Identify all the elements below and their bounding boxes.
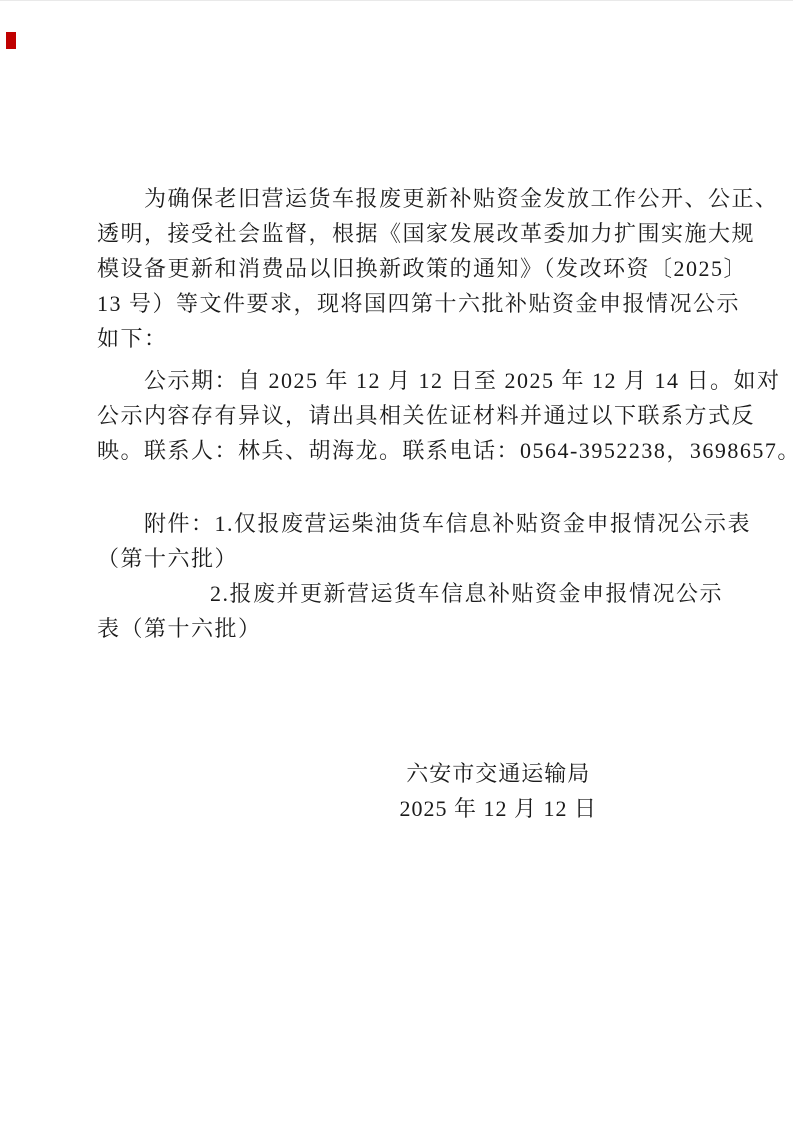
paragraph-publicity-period: 公示期：自 2025 年 12 月 12 日至 2025 年 12 月 14 日… (97, 363, 711, 468)
document-page: 为确保老旧营运货车报废更新补贴资金发放工作公开、公正、 透明，接受社会监督，根据… (0, 0, 793, 1123)
body-line: 透明，接受社会监督，根据《国家发展改革委加力扩围实施大规 (97, 216, 711, 251)
signature-date: 2025 年 12 月 12 日 (399, 791, 597, 826)
body-line: 映。联系人：林兵、胡海龙。联系电话：0564-3952238，3698657。 (97, 433, 711, 468)
signature-block: 六安市交通运输局 2025 年 12 月 12 日 (399, 756, 597, 826)
signature-organization: 六安市交通运输局 (406, 756, 590, 791)
body-line: 公示内容存有异议，请出具相关佐证材料并通过以下联系方式反 (97, 398, 711, 433)
attachment-line: （第十六批） (97, 541, 711, 576)
attachments-list: 附件：1.仅报废营运柴油货车信息补贴资金申报情况公示表 （第十六批） 2.报废并… (97, 506, 711, 646)
document-content: 为确保老旧营运货车报废更新补贴资金发放工作公开、公正、 透明，接受社会监督，根据… (97, 181, 711, 826)
body-line: 如下： (97, 321, 711, 356)
body-line: 模设备更新和消费品以旧换新政策的通知》（发改环资〔2025〕 (97, 251, 711, 286)
red-marker (6, 32, 16, 49)
body-line: 13 号）等文件要求，现将国四第十六批补贴资金申报情况公示 (97, 286, 711, 321)
attachment-line: 表（第十六批） (97, 611, 711, 646)
body-line: 公示期：自 2025 年 12 月 12 日至 2025 年 12 月 14 日… (97, 363, 711, 398)
body-line: 为确保老旧营运货车报废更新补贴资金发放工作公开、公正、 (97, 181, 711, 216)
attachment-line: 2.报废并更新营运货车信息补贴资金申报情况公示 (97, 576, 711, 611)
attachment-line: 附件：1.仅报废营运柴油货车信息补贴资金申报情况公示表 (97, 506, 711, 541)
paragraph-intro: 为确保老旧营运货车报废更新补贴资金发放工作公开、公正、 透明，接受社会监督，根据… (97, 181, 711, 356)
